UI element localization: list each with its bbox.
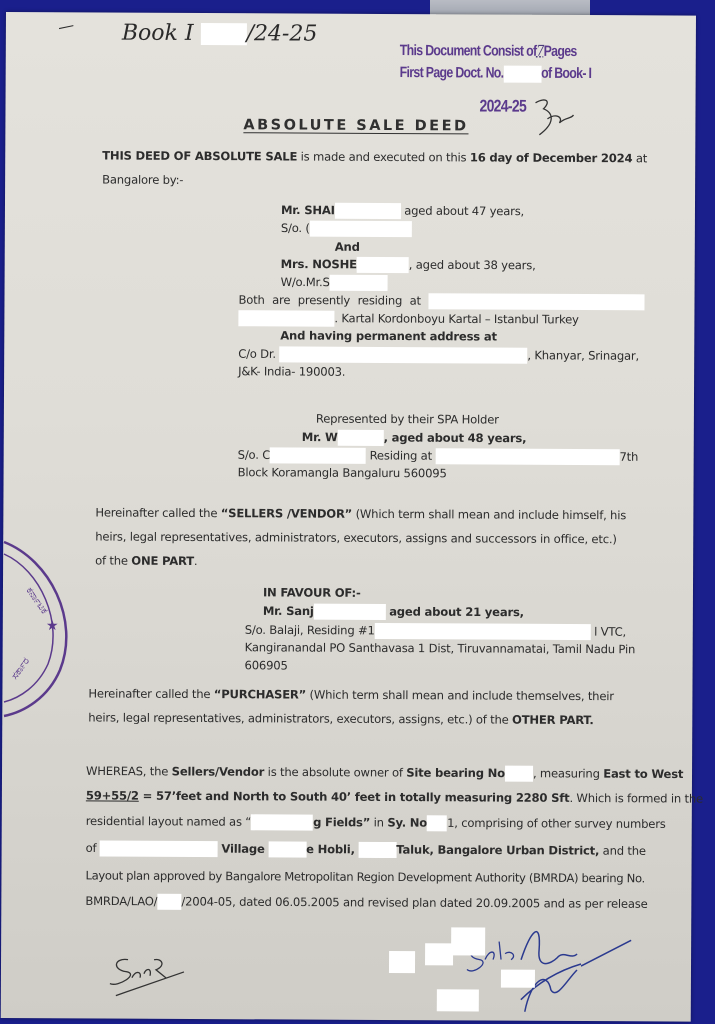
spa-residing-suffix: 7th bbox=[619, 450, 638, 464]
svg-text:★: ★ bbox=[46, 618, 59, 634]
official-seal-icon: ಕರ್ನಾಟಕ ★ ಸರ್ಕಾರ bbox=[0, 530, 80, 720]
seller2-name: Mrs. NOSHE bbox=[281, 257, 357, 271]
purchaser-clause-line2: heirs, legal representatives, administra… bbox=[88, 710, 593, 727]
one-part: ONE PART bbox=[131, 554, 194, 568]
redaction bbox=[100, 841, 218, 858]
whereas-text: . Which is formed in the bbox=[569, 791, 703, 806]
redaction bbox=[279, 346, 527, 363]
purchaser-clause-line1: Hereinafter called the “PURCHASER” (Whic… bbox=[88, 686, 614, 703]
whereas-text: residential layout named as “ bbox=[86, 814, 251, 829]
purchaser-parent: S/o. Balaji, Residing #1 bbox=[245, 623, 375, 638]
seller1-line: Mr. SHAI aged about 47 years, bbox=[281, 202, 524, 219]
purchaser-vtc: l VTC, bbox=[594, 625, 626, 639]
whereas-line1: WHEREAS, the Sellers/Vendor is the absol… bbox=[86, 763, 683, 782]
deed-type: THIS DEED OF ABSOLUTE SALE bbox=[102, 149, 297, 164]
whereas-text: /2004-05, dated 06.05.2005 and revised p… bbox=[181, 894, 647, 910]
redaction bbox=[268, 841, 306, 857]
redaction bbox=[503, 65, 541, 82]
seller2-spouse-line: W/o.Mr.S bbox=[281, 274, 388, 291]
stamp-line-docno: First Page Doct. No.of Book- I bbox=[400, 64, 592, 83]
clause-text: . bbox=[194, 554, 198, 568]
redaction bbox=[310, 221, 412, 238]
clause-text: Hereinafter called the bbox=[88, 686, 213, 701]
stamp-text: This Document Consist of bbox=[400, 42, 537, 60]
whereas-line6: BMRDA/LAO//2004-05, dated 06.05.2005 and… bbox=[85, 893, 647, 912]
spa-parent: S/o. C bbox=[238, 448, 270, 462]
whereas-line3: residential layout named as “g Fields” i… bbox=[86, 813, 666, 832]
residing-text: Both are presently residing at bbox=[238, 293, 421, 308]
redaction bbox=[427, 815, 447, 831]
whereas-line5: Layout plan approved by Bangalore Metrop… bbox=[85, 868, 644, 885]
permanent-address-line: C/o Dr. , Khanyar, Srinagar, bbox=[238, 346, 639, 364]
other-part: OTHER PART. bbox=[512, 713, 594, 727]
svg-text:ಸರ್ಕಾರ: ಸರ್ಕಾರ bbox=[9, 656, 32, 682]
stamp-text: First Page Doct. No. bbox=[400, 64, 504, 82]
purchaser-pin: 606905 bbox=[245, 658, 288, 672]
purchaser-term: “PURCHASER” bbox=[214, 687, 306, 701]
measurement-formula: 59+55/2 bbox=[86, 788, 139, 802]
purchaser-age: aged about 21 years, bbox=[389, 605, 524, 620]
seller2-line: Mrs. NOSHE, aged about 38 years, bbox=[281, 256, 536, 273]
whereas-line4: of Village e Hobli, Taluk, Bangalore Urb… bbox=[86, 840, 646, 859]
permanent-prefix: C/o Dr. bbox=[238, 347, 276, 361]
seller1-age: aged about 47 years, bbox=[404, 204, 524, 219]
spa-heading: Represented by their SPA Holder bbox=[316, 412, 499, 427]
seller-term: “SELLERS /VENDOR” bbox=[221, 506, 352, 521]
site-measurements: = 57’feet and North to South 40’ feet in… bbox=[139, 789, 570, 805]
registrar-initials-icon bbox=[525, 95, 585, 145]
spa-name: Mr. W bbox=[302, 430, 338, 444]
intro-text: is made and executed on this bbox=[297, 150, 470, 165]
in-favour-of-heading: IN FAVOUR OF:- bbox=[263, 585, 361, 600]
stamp-line-pages: This Document Consist of7Pages bbox=[400, 41, 577, 60]
whereas-text: in bbox=[370, 815, 387, 829]
residing-city: . Kartal Kordonboyu Kartal – Istanbul Tu… bbox=[334, 311, 578, 326]
document-title: ABSOLUTE SALE DEED bbox=[243, 117, 468, 134]
whereas-text: WHEREAS, the bbox=[86, 764, 172, 778]
layout-name: g Fields” bbox=[313, 815, 370, 829]
village-label: Village bbox=[221, 842, 264, 856]
spa-name-line: Mr. W, aged about 48 years, bbox=[302, 430, 527, 447]
site-number-label: Site bearing No bbox=[406, 766, 505, 781]
seller1-name: Mr. SHAI bbox=[281, 203, 335, 217]
book-ref-suffix: /24-25 bbox=[246, 21, 317, 46]
purchaser-signature-icon bbox=[106, 948, 196, 1003]
redaction bbox=[428, 293, 644, 310]
seller-clause-line2: heirs, legal representatives, administra… bbox=[95, 529, 617, 546]
intro-text: at bbox=[632, 151, 647, 165]
intro-line: THIS DEED OF ABSOLUTE SALE is made and e… bbox=[102, 149, 647, 166]
whereas-text: of bbox=[86, 841, 97, 855]
seller1-parent: S/o. ( bbox=[281, 221, 310, 235]
purchaser-address-line-2: Kangiranandal PO Santhavasa 1 Dist, Tiru… bbox=[245, 640, 636, 656]
book-ref-prefix: Book I bbox=[122, 21, 194, 46]
whereas-line2: 59+55/2 = 57’feet and North to South 40’… bbox=[86, 788, 703, 805]
redaction bbox=[358, 842, 396, 858]
pen-mark: — bbox=[56, 15, 76, 37]
residing-line-2: . Kartal Kordonboyu Kartal – Istanbul Tu… bbox=[238, 310, 578, 328]
purchaser-name-line: Mr. Sanj aged about 21 years, bbox=[263, 603, 524, 620]
whereas-text: East to West bbox=[603, 767, 683, 781]
survey-number-label: Sy. No bbox=[387, 816, 427, 830]
spa-parent-line: S/o. C Residing at 7th bbox=[238, 447, 639, 465]
redaction bbox=[157, 894, 181, 910]
spa-age: , aged about 48 years, bbox=[384, 430, 527, 445]
permanent-suffix: , Khanyar, Srinagar, bbox=[527, 348, 639, 363]
redaction bbox=[238, 310, 334, 327]
stamp-text: Pages bbox=[544, 43, 577, 60]
spa-residing: Residing at bbox=[370, 448, 432, 462]
execution-place: Bangalore by:- bbox=[102, 173, 183, 187]
redaction bbox=[251, 814, 313, 830]
seller2-age: , aged about 38 years, bbox=[409, 258, 536, 273]
residing-line: Both are presently residing at bbox=[238, 292, 644, 310]
execution-date: 16 day of December 2024 bbox=[470, 150, 633, 165]
seller2-spouse: W/o.Mr.S bbox=[281, 275, 330, 289]
whereas-text: is the absolute owner of bbox=[264, 765, 406, 780]
clause-text: heirs, legal representatives, administra… bbox=[88, 710, 512, 726]
clause-text: (Which term shall mean and include thems… bbox=[306, 688, 614, 704]
permanent-address-line-2: J&K- India- 190003. bbox=[238, 364, 345, 379]
taluk-district: Taluk, Bangalore Urban District, bbox=[396, 843, 599, 858]
spa-address-line-2: Block Koramangla Bangaluru 560095 bbox=[238, 465, 447, 480]
whereas-text: and the bbox=[599, 844, 646, 858]
redaction bbox=[357, 257, 409, 273]
bmrda-ref: BMRDA/LAO/ bbox=[85, 894, 157, 908]
clause-text: of the bbox=[95, 553, 131, 567]
redaction bbox=[335, 203, 401, 219]
redaction bbox=[505, 766, 533, 782]
stamp-year: 2024-25 bbox=[479, 96, 526, 116]
permanent-address-heading: And having permanent address at bbox=[280, 328, 497, 343]
hobli-label: e Hobli, bbox=[306, 842, 355, 856]
book-reference: Book I /24-25 bbox=[122, 21, 318, 47]
redaction bbox=[270, 447, 366, 464]
seller1-parent-line: S/o. ( bbox=[281, 220, 412, 237]
seller-clause-line1: Hereinafter called the “SELLERS /VENDOR”… bbox=[95, 505, 626, 522]
whereas-text: , measuring bbox=[533, 766, 603, 780]
clause-text: Hereinafter called the bbox=[95, 505, 220, 520]
stamp-text: of Book- I bbox=[541, 65, 591, 82]
purchaser-name: Mr. Sanj bbox=[263, 604, 314, 618]
redaction bbox=[330, 275, 388, 291]
whereas-text: 1, comprising of other survey numbers bbox=[447, 816, 666, 831]
redaction bbox=[201, 23, 247, 45]
seller-signatures-icon bbox=[381, 919, 642, 1024]
seller-clause-line3: of the ONE PART. bbox=[95, 553, 197, 568]
whereas-text: Sellers/Vendor bbox=[172, 764, 265, 778]
redaction bbox=[375, 623, 591, 640]
redaction bbox=[338, 430, 384, 446]
conjunction-and: And bbox=[335, 240, 360, 254]
redaction bbox=[314, 604, 386, 620]
purchaser-parent-line: S/o. Balaji, Residing #1 l VTC, bbox=[245, 622, 626, 640]
document-page: Book I /24-25 — This Document Consist of… bbox=[1, 12, 696, 1022]
redaction bbox=[435, 448, 619, 465]
clause-text: (Which term shall mean and include himse… bbox=[352, 507, 626, 522]
